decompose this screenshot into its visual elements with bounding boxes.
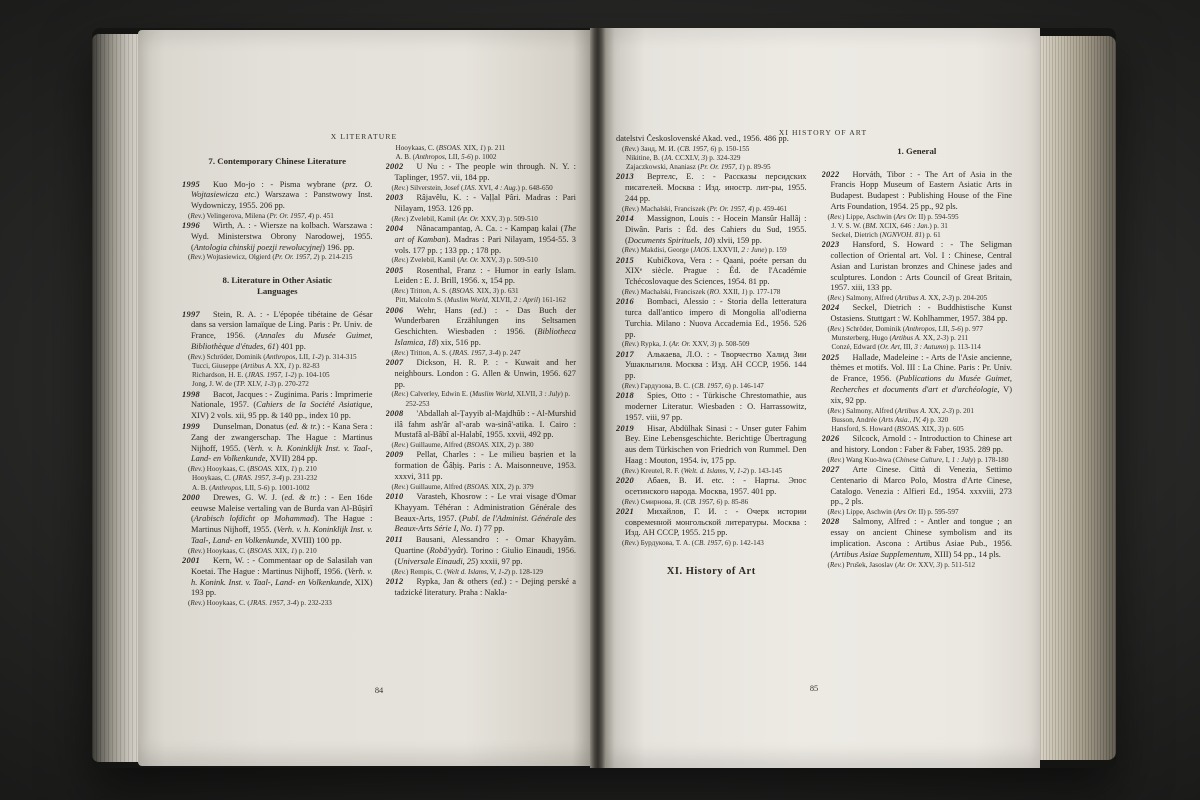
bibliography-entry: 2025Hallade, Madeleine : - Arts de l'Asi…	[822, 353, 1013, 407]
text-columns-right: datelstvi Československé Akad. ved., 195…	[616, 134, 1012, 714]
entry-number: 1998	[182, 390, 200, 399]
entry-continuation: datelstvi Československé Akad. ved., 195…	[616, 134, 807, 145]
bibliography-entry: 1999Dunselman, Donatus (ed. & tr.) : - K…	[182, 422, 373, 465]
review-line: (Rev.) Wojtasiewicz, Olgierd (Pr. Or. 19…	[182, 253, 373, 262]
bibliography-entry: 2000Drewes, G. W. J. (ed. & tr.) : - Een…	[182, 493, 373, 547]
bibliography-entry: 2006Wehr, Hans (ed.) : - Das Buch der Wu…	[386, 306, 577, 349]
review-line: Pitt, Malcolm S. (Muslim World, XLVII, 2…	[386, 296, 577, 305]
review-line: (Rev.) Lippe, Aschwin (Ars Or. II) p. 59…	[822, 213, 1013, 222]
review-line: (Rev.) Гардузова, В. С. (СВ. 1957, 6) p.…	[616, 382, 807, 391]
review-line: (Rev.) Salmony, Alfred (Artibus A. XX, 2…	[822, 294, 1013, 303]
review-line: (Rev.) Lippe, Aschwin (Ars Or. II) p. 59…	[822, 508, 1013, 517]
entry-number: 1999	[182, 422, 200, 431]
entry-number: 2028	[822, 517, 840, 526]
entry-number: 2014	[616, 214, 634, 223]
review-line: Conzé, Edward (Or. Art, III, 3 : Autumn)…	[822, 343, 1013, 352]
entry-number: 2024	[822, 303, 840, 312]
entry-number: 2011	[386, 535, 404, 544]
entry-number: 2023	[822, 240, 840, 249]
text-columns-left: 7. Contemporary Chinese Literature1995Ku…	[182, 144, 576, 710]
bibliography-entry: 2007Dickson, H. R. P. : - Kuwait and her…	[386, 358, 577, 390]
book-page-left: X LITERATURE 7. Contemporary Chinese Lit…	[138, 30, 590, 766]
review-line: (Rev.) Makdisi, George (JAOS. LXXVII, 2 …	[616, 246, 807, 255]
review-line: Richardson, H. E. (JRAS. 1957, 1-2) p. 1…	[182, 371, 373, 380]
page-number-right: 85	[616, 684, 1012, 693]
review-line: J. V. S. W. (BM. XCIX, 646 : Jan.) p. 31	[822, 222, 1013, 231]
bibliography-entry: 2004Nânacampantaṉ, A. Ca. : - Kampaṉ kal…	[386, 224, 577, 256]
column: Hooykaas, C. (BSOAS. XIX, 1) p. 211A. B.…	[386, 144, 577, 710]
entry-number: 2022	[822, 170, 840, 179]
bibliography-entry: 2012Rypka, Jan & others (ed.) : - Dejing…	[386, 577, 577, 599]
entry-number: 2010	[386, 492, 404, 501]
review-line: (Rev.) Бурдукова, Т. А. (СВ. 1957, 6) p.…	[616, 539, 807, 548]
review-line: A. B. (Anthropos, LII, 5-6) p. 1001-1002	[182, 484, 373, 493]
entry-number: 2017	[616, 350, 634, 359]
review-line: (Rev.) Machalski, Franciszek (RO. XXII, …	[616, 288, 807, 297]
review-line: (Rev.) Zvelebil, Kamil (Ar. Or. XXV, 3) …	[386, 256, 577, 265]
review-line: (Rev.) Занд, М. И. (СВ. 1957, 6) p. 150-…	[616, 145, 807, 154]
review-line: (Rev.) Velingerova, Milena (Pr. Or. 1957…	[182, 212, 373, 221]
bibliography-entry: 1998Bacot, Jacques : - Zuginima. Paris :…	[182, 390, 373, 422]
bibliography-entry: 2008'Abdallah al-Ṭayyib al-Majdhûb : - A…	[386, 409, 577, 441]
entry-number: 2004	[386, 224, 404, 233]
page-edges-left	[92, 34, 138, 762]
review-line: Jong, J. W. de (TP. XLV, 1-3) p. 270-272	[182, 380, 373, 389]
bibliography-entry: 2023Hansford, S. Howard : - The Seligman…	[822, 240, 1013, 294]
entry-number: 2002	[386, 162, 404, 171]
bibliography-entry: 2017Алькаева, Л.О. : - Творчество Халид …	[616, 350, 807, 382]
bibliography-entry: 2016Bombaci, Alessio : - Storia della le…	[616, 297, 807, 340]
review-line: (Rev.) Machalski, Franciszek (Pr. Or. 19…	[616, 205, 807, 214]
review-line: (Rev.) Rempis, C. (Welt d. Islams, V, 1-…	[386, 568, 577, 577]
review-line: Nikitine, B. (JA. CCXLV, 3) p. 324-329	[616, 154, 807, 163]
bibliography-entry: 2027Arte Cinese. Città di Venezia, Setti…	[822, 465, 1013, 508]
chapter-heading: XI. History of Art	[616, 566, 807, 577]
bibliography-entry: 2021Михайлов, Г. И. : - Очерк истории со…	[616, 507, 807, 539]
review-line: (Rev.) Hooykaas, C. (BSOAS. XIX, 1) p. 2…	[182, 465, 373, 474]
entry-number: 2018	[616, 391, 634, 400]
entry-number: 2027	[822, 465, 840, 474]
review-line: (Rev.) Rypka, J. (Ar. Or. XXV, 3) p. 508…	[616, 340, 807, 349]
column: datelstvi Československé Akad. ved., 195…	[616, 134, 807, 714]
bibliography-entry: 2015Kubičkova, Vera : - Qaani, poéte per…	[616, 256, 807, 288]
book-page-right: XI HISTORY OF ART datelstvi Českoslovens…	[606, 28, 1040, 768]
review-line: (Rev.) Schröder, Dominik (Anthropos, LII…	[182, 353, 373, 362]
bibliography-entry: 2020Абаев, В. И. etc. : - Нарты. Эпос ос…	[616, 476, 807, 498]
review-line: Seckel, Dietrich (NGNVOH. 81) p. 61	[822, 231, 1013, 240]
review-line: Munsterberg, Hugo (Artibus A. XX, 2-3) p…	[822, 334, 1013, 343]
entry-number: 2012	[386, 577, 404, 586]
entry-number: 1997	[182, 310, 200, 319]
review-line: (Rev.) Guillaume, Alfred (BSOAS. XIX, 2)…	[386, 483, 577, 492]
bibliography-entry: 2018Spies, Otto : - Türkische Chrestomat…	[616, 391, 807, 423]
book-gutter	[590, 28, 606, 768]
review-line: Hansford, S. Howard (BSOAS. XIX, 3) p. 6…	[822, 425, 1013, 434]
bibliography-entry: 2011Bausani, Alessandro : - Omar Khayyâm…	[386, 535, 577, 567]
entry-number: 2013	[616, 172, 634, 181]
entry-number: 1995	[182, 180, 200, 189]
bibliography-entry: 2010Varasteh, Khosrow : - Le vrai visage…	[386, 492, 577, 535]
bibliography-entry: 1995Kuo Mo-jo : - Pisma wybrane (prz. O.…	[182, 180, 373, 212]
entry-number: 2001	[182, 556, 200, 565]
bibliography-entry: 2013Вертелс, Е. : - Рассказы персидских …	[616, 172, 807, 204]
review-line: Busson, Andrée (Arts Asia., IV, 4) p. 32…	[822, 416, 1013, 425]
page-number-left: 84	[182, 686, 576, 695]
review-line: (Rev.) Tritton, A. S. (JRAS. 1957, 3-4) …	[386, 349, 577, 358]
review-line: Hooykaas, C. (JRAS. 1957, 3-4) p. 231-23…	[182, 474, 373, 483]
review-line: (Rev.) Calverley, Edwin E. (Muslim World…	[386, 390, 577, 408]
bibliography-entry: 2014Massignon, Louis : - Hocein Mansûr H…	[616, 214, 807, 246]
running-head-left: X LITERATURE	[138, 132, 590, 141]
bibliography-entry: 2024Seckel, Dietrich : - Buddhistische K…	[822, 303, 1013, 325]
review-line: (Rev.) Silverstein, Josef (JAS. XVI, 4 :…	[386, 184, 577, 193]
bibliography-entry: 2009Pellat, Charles : - Le milieu baṣrie…	[386, 450, 577, 482]
bibliography-entry: 2002U Nu : - The people win through. N. …	[386, 162, 577, 184]
bibliography-entry: 2022Horváth, Tibor : - The Art of Asia i…	[822, 170, 1013, 213]
review-line: (Rev.) Hooykaas, C. (BSOAS. XIX, 1) p. 2…	[182, 547, 373, 556]
column: 1. General2022Horváth, Tibor : - The Art…	[822, 134, 1013, 714]
section-heading: 1. General	[822, 146, 1013, 158]
review-line: Zajaczkowski, Ananiasz (Pr. Or. 1957, 1)…	[616, 163, 807, 172]
review-line: (Rev.) Prušek, Jasoslav (Ar. Or. XXV, 3)…	[822, 561, 1013, 570]
bibliography-entry: 2028Salmony, Alfred : - Antler and tongu…	[822, 517, 1013, 560]
bibliography-entry: 2019Hisar, Abdülhak Sinasi : - Unser gut…	[616, 424, 807, 467]
review-line: Tucci, Giuseppe (Artibus A. XX, 1) p. 82…	[182, 362, 373, 371]
page-edges-fore-edge	[1040, 36, 1116, 760]
bibliography-entry: 1996Wirth, A. : - Wiersze na kolbach. Wa…	[182, 221, 373, 253]
column: 7. Contemporary Chinese Literature1995Ku…	[182, 144, 373, 710]
review-line: (Rev.) Tritton, A. S. (BSOAS. XIX, 3) p.…	[386, 287, 577, 296]
bibliography-entry: 1997Stein, R. A. : - L'épopée tibétaine …	[182, 310, 373, 353]
entry-number: 2015	[616, 256, 634, 265]
section-heading: 7. Contemporary Chinese Literature	[182, 156, 373, 168]
entry-number: 2008	[386, 409, 404, 418]
review-line: (Rev.) Schröder, Dominik (Anthropos, LII…	[822, 325, 1013, 334]
entry-number: 2019	[616, 424, 634, 433]
entry-number: 2021	[616, 507, 634, 516]
entry-number: 2025	[822, 353, 840, 362]
bibliography-entry: 2026Silcock, Arnold : - Introduction to …	[822, 434, 1013, 456]
review-line: (Rev.) Kreutel, R. F. (Welt. d. Islams, …	[616, 467, 807, 476]
review-line: (Rev.) Zvelebil, Kamil (Ar. Or. XXV, 3) …	[386, 215, 577, 224]
entry-number: 2026	[822, 434, 840, 443]
photo-background: X LITERATURE 7. Contemporary Chinese Lit…	[0, 0, 1200, 800]
entry-number: 2003	[386, 193, 404, 202]
entry-number: 2007	[386, 358, 404, 367]
entry-number: 2005	[386, 266, 404, 275]
review-line: (Rev.) Salmony, Alfred (Artibus A. XX, 2…	[822, 407, 1013, 416]
review-line: (Rev.) Wang Kuo-hwa (Chinese Culture, I,…	[822, 456, 1013, 465]
review-line: Hooykaas, C. (BSOAS. XIX, 1) p. 211	[386, 144, 577, 153]
entry-number: 2009	[386, 450, 404, 459]
entry-number: 1996	[182, 221, 200, 230]
bibliography-entry: 2001Kern, W. : - Commentaar op de Salasi…	[182, 556, 373, 599]
entry-number: 2016	[616, 297, 634, 306]
review-line: A. B. (Anthropos, LII, 5-6) p. 1002	[386, 153, 577, 162]
bibliography-entry: 2003Râjavêlu, K. : - Vaḷḷal Pâri. Madras…	[386, 193, 577, 215]
entry-number: 2020	[616, 476, 634, 485]
entry-number: 2006	[386, 306, 404, 315]
section-heading: 8. Literature in Other Asiatic Languages	[182, 275, 373, 298]
review-line: (Rev.) Guillaume, Alfred (BSOAS. XIX, 2)…	[386, 441, 577, 450]
bibliography-entry: 2005Rosenthal, Franz : - Humor in early …	[386, 266, 577, 288]
review-line: (Rev.) Смирнова, Я. (СВ. 1957, 6) p. 85-…	[616, 498, 807, 507]
open-book: X LITERATURE 7. Contemporary Chinese Lit…	[92, 28, 1116, 768]
review-line: (Rev.) Hooykaas, C. (JRAS. 1957, 3-4) p.…	[182, 599, 373, 608]
entry-number: 2000	[182, 493, 200, 502]
